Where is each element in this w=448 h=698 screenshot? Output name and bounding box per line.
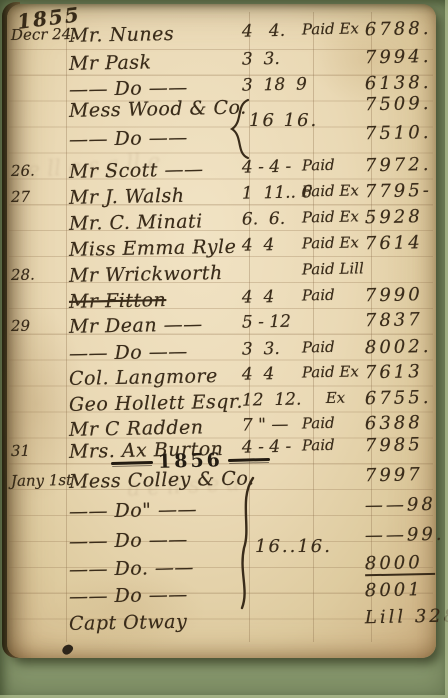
entry-ref: 5928 (365, 206, 435, 228)
entry-name: —— Do. —— (69, 556, 245, 581)
entry-ref: Lill 3289. (365, 606, 435, 628)
entry-ref: ——98 (365, 494, 435, 516)
entry-date: 27 (11, 187, 67, 206)
ledger-page: e ll e s a ll e a e ll s e a 1855 Decr 2… (7, 4, 436, 658)
entry-status: Paid Ex (302, 362, 366, 381)
year-divider-1856: 1856 (111, 448, 270, 474)
entry-amount: 6. 6. (242, 208, 304, 229)
entry-date: Decr 24. (11, 25, 67, 44)
entry-name: Mr Scott —— (69, 158, 245, 183)
entry-status: Paid (302, 435, 366, 454)
entry-status: Paid Ex (302, 233, 366, 252)
entry-status: Paid Lill (302, 259, 366, 278)
colley-group-amount: 16..16. (255, 536, 332, 557)
entry-amount: 3 3. (242, 338, 304, 359)
entry-amount: 4 4 (242, 234, 304, 255)
entry-name: —— Do —— (69, 583, 245, 608)
entry-status: Paid (302, 413, 366, 432)
entry-status: Paid Ex (302, 19, 366, 38)
entry-ref: 7613 (365, 361, 435, 383)
entry-name: Mr. Nunes (69, 22, 245, 47)
entry-amount: 7 " — (242, 414, 304, 435)
entry-ref: 7997 (365, 464, 435, 486)
divider-rule-left (111, 460, 153, 464)
entry-name: Capt Otway (69, 610, 245, 635)
entry-ref: ——99. (365, 524, 435, 546)
entry-date: 26. (11, 161, 67, 180)
divider-rule-right (228, 457, 270, 461)
entry-name: —— Do" —— (69, 498, 245, 523)
entry-amount: 1 11.. 6 (242, 182, 304, 203)
wood-group-amount: 16 16. (249, 110, 318, 131)
entry-name: Geo Hollett Esqr. (69, 391, 245, 416)
entry-amount: 4 - 4 - (242, 156, 304, 177)
entry-ref: 7510. (365, 122, 435, 144)
entry-amount: 4 4 (242, 363, 304, 384)
entry-name: Mr J. Walsh (69, 184, 245, 209)
entry-ref: 7837 (365, 309, 435, 331)
entry-ref: 6388 (365, 412, 435, 434)
entry-date: Jany 1st (11, 471, 67, 490)
entry-status: Paid (302, 337, 366, 356)
entry-name: —— Do —— (69, 528, 245, 553)
entry-ref: 7990 (365, 284, 435, 306)
entry-amount: 5 - 12 (242, 311, 304, 332)
entry-status: Paid Ex (302, 207, 366, 226)
ink-blot (61, 642, 75, 656)
entry-name: Miss Emma Ryle (69, 236, 245, 261)
entry-status: Paid Ex (302, 181, 366, 200)
entry-ref: 6755. (365, 387, 435, 409)
entry-name: Col. Langmore (69, 365, 245, 390)
entry-amount: 3 18 9 (242, 74, 304, 95)
entry-name: Mess Wood & Co. (69, 97, 245, 122)
entry-ref: 7795- (365, 180, 435, 202)
entry-amount: 3 3. (242, 48, 304, 69)
entry-name: Mr Wrickworth (69, 262, 245, 287)
divider-label: 1856 (158, 449, 223, 473)
entry-ref: 7994. (365, 46, 435, 68)
entry-status: Paid (302, 155, 366, 174)
entry-name: —— Do —— (69, 340, 245, 365)
entry-name: Mr. C. Minati (69, 210, 245, 235)
entry-date: 29 (11, 316, 67, 335)
entry-ref: 7614 (365, 232, 435, 254)
ledger-photo: e ll e s a ll e a e ll s e a 1855 Decr 2… (0, 0, 448, 698)
entry-status: Paid (302, 285, 366, 304)
entry-ref: 8002. (365, 336, 435, 358)
entry-ref: 7509. (365, 93, 435, 115)
entry-status: Ex (302, 388, 366, 407)
entry-name: Mr Dean —— (69, 313, 245, 338)
entry-ref: 8000 (365, 552, 435, 576)
entry-date: 31 (11, 441, 67, 460)
entry-ref: 8001 (365, 579, 435, 601)
entry-amount: 4 4 (242, 286, 304, 307)
entry-name: —— Do —— (69, 126, 245, 151)
entry-name: Mr Pask (69, 50, 245, 75)
entry-ref: 7972. (365, 154, 435, 176)
entry-date: 28. (11, 265, 67, 284)
entry-amount: 12 12. (242, 389, 304, 410)
entry-ref: 6788. (365, 18, 435, 40)
entry-name: Mr Fitton (69, 288, 245, 313)
entry-ref: 7985 (365, 434, 435, 456)
entry-amount: 4 4. (242, 20, 304, 41)
entry-ref: 6138. (365, 72, 435, 94)
